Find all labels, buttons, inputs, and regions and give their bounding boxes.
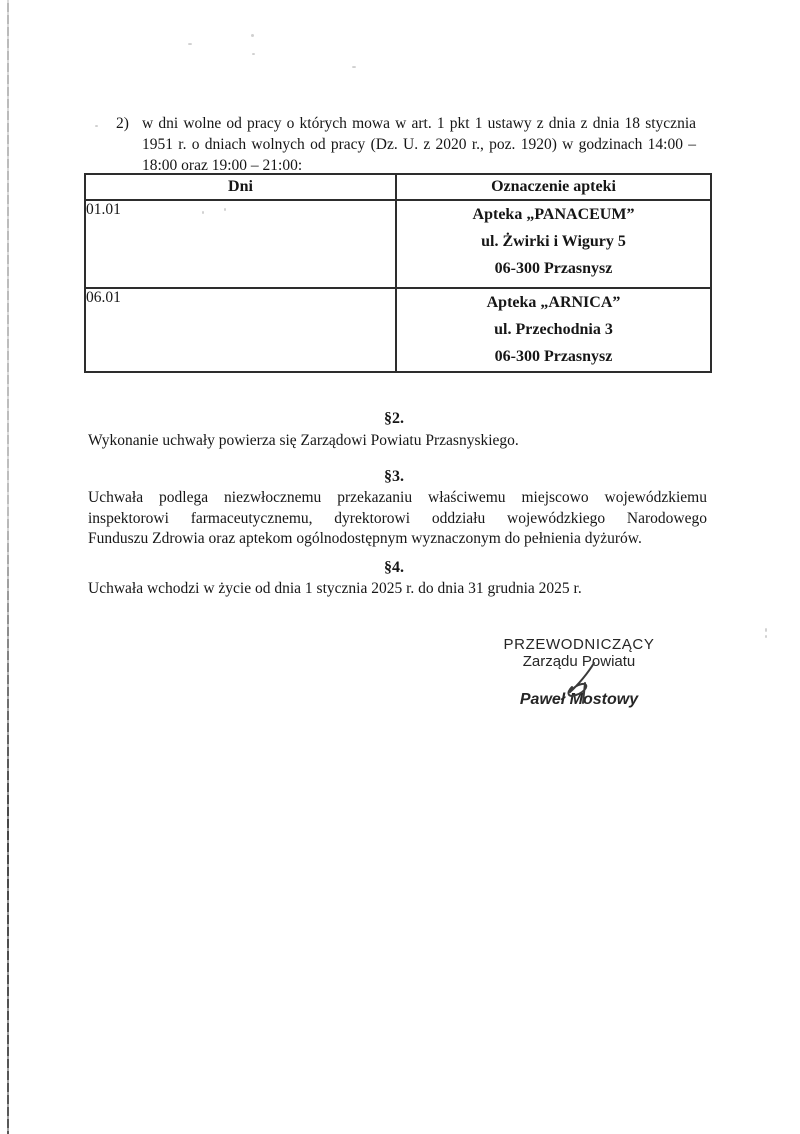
pharmacy-cell: Apteka „PANACEUM” ul. Żwirki i Wigury 5 … [396, 200, 711, 288]
signer-title: PRZEWODNICZĄCY [498, 636, 660, 653]
scan-speck [352, 66, 356, 68]
scan-speck [765, 635, 767, 638]
pharmacy-name: Apteka „PANACEUM” [397, 201, 710, 228]
pharmacy-cell: Apteka „ARNICA” ul. Przechodnia 3 06-300… [396, 288, 711, 372]
section-3-label: §3. [84, 468, 704, 486]
intro-list-item: 2) w dni wolne od pracy o których mowa w… [116, 113, 696, 176]
section-4-text: Uchwała wchodzi w życie od dnia 1 styczn… [88, 579, 708, 600]
pharmacy-duty-table: Dni Oznaczenie apteki 01.01 Apteka „PANA… [84, 173, 712, 373]
pharmacy-name: Apteka „ARNICA” [397, 289, 710, 316]
scan-speck [188, 43, 192, 45]
scan-speck [251, 34, 254, 37]
pharmacy-city: 06-300 Przasnysz [397, 343, 710, 370]
signature-block: PRZEWODNICZĄCY Zarządu Powiatu Paweł Mos… [498, 636, 660, 709]
scan-speck [765, 628, 767, 632]
scan-speck [95, 125, 98, 127]
table-row: 01.01 Apteka „PANACEUM” ul. Żwirki i Wig… [85, 200, 711, 288]
section-2-text: Wykonanie uchwały powierza się Zarządowi… [88, 431, 708, 452]
table-header-days: Dni [85, 174, 396, 200]
pharmacy-city: 06-300 Przasnysz [397, 255, 710, 282]
handwritten-signature-mark [560, 659, 606, 705]
section-3-line: Uchwała podlega niezwłocznemu przekazani… [88, 488, 707, 509]
intro-paragraph: w dni wolne od pracy o których mowa w ar… [142, 113, 696, 176]
scan-speck [252, 53, 255, 55]
section-4-line: Uchwała wchodzi w życie od dnia 1 styczn… [88, 579, 708, 600]
intro-line: w dni wolne od pracy o których mowa w ar… [142, 113, 696, 134]
pharmacy-street: ul. Przechodnia 3 [397, 316, 710, 343]
pharmacy-street: ul. Żwirki i Wigury 5 [397, 228, 710, 255]
table-row: 06.01 Apteka „ARNICA” ul. Przechodnia 3 … [85, 288, 711, 372]
list-number: 2) [116, 113, 142, 176]
section-3-line: Funduszu Zdrowia oraz aptekom ogólnodost… [88, 529, 707, 550]
section-3-line: inspektorowi farmaceutycznemu, dyrektoro… [88, 509, 707, 530]
intro-line: 1951 r. o dniach wolnych od pracy (Dz. U… [142, 134, 696, 155]
section-4-label: §4. [84, 559, 704, 577]
scanned-document-page: 2) w dni wolne od pracy o których mowa w… [0, 0, 800, 1134]
scan-artifact-line [7, 0, 9, 1134]
day-cell: 01.01 [85, 200, 396, 288]
day-cell: 06.01 [85, 288, 396, 372]
section-3-text: Uchwała podlega niezwłocznemu przekazani… [88, 488, 707, 550]
table-header-row: Dni Oznaczenie apteki [85, 174, 711, 200]
section-2-line: Wykonanie uchwały powierza się Zarządowi… [88, 431, 708, 452]
section-2-label: §2. [84, 410, 704, 428]
table-header-pharmacy: Oznaczenie apteki [396, 174, 711, 200]
